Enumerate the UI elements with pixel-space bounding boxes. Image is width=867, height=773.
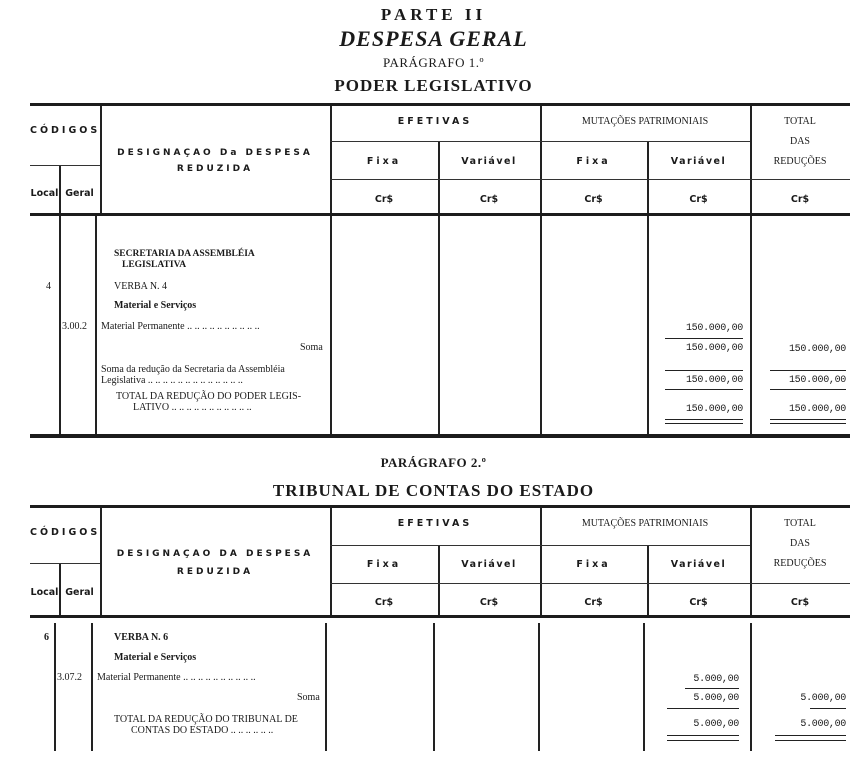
category-label: Material e Serviços [114, 652, 196, 663]
part-heading: PARTE II [0, 5, 867, 25]
category-label: Material e Serviços [114, 300, 196, 311]
soma-total-value: 150.000,00 [750, 344, 846, 355]
org-title-line1: SECRETARIA DA ASSEMBLÉIA [114, 249, 255, 259]
header-total-line3: REDUÇÕES [750, 156, 850, 167]
header-currency: Cr$ [438, 194, 540, 205]
total-label-line1: TOTAL DA REDUÇÃO DO TRIBUNAL DE [114, 714, 298, 725]
header-currency: Cr$ [330, 194, 438, 205]
total-mut-variavel-value: 150.000,00 [647, 404, 743, 415]
header-mutacoes-fixa: Fixa [540, 559, 647, 570]
table-tribunal-de-contas: CÓDIGOS Local Geral DESIGNAÇAO DA DESPES… [30, 505, 850, 755]
header-currency: Cr$ [750, 194, 850, 205]
header-efetivas-variavel: Variável [438, 156, 540, 167]
header-designacao-line2: REDUZIDA [100, 164, 330, 174]
header-currency: Cr$ [540, 597, 647, 608]
header-total-line1: TOTAL [750, 116, 850, 127]
subtotal-mut-variavel-value: 150.000,00 [647, 375, 743, 386]
verba-local-code: 4 [46, 281, 51, 292]
subtotal-total-value: 150.000,00 [750, 375, 846, 386]
header-local: Local [30, 188, 59, 199]
soma-label: Soma [300, 342, 323, 353]
header-local: Local [30, 587, 59, 598]
header-designacao-line1: DESIGNAÇAO DA DESPESA [100, 549, 330, 559]
header-geral: Geral [59, 587, 100, 598]
total-mut-variavel-value: 5.000,00 [643, 719, 739, 730]
table-poder-legislativo: CÓDIGOS Local Geral DESIGNAÇAO Da DESPES… [30, 103, 850, 439]
header-currency: Cr$ [647, 597, 750, 608]
header-mutacoes-variavel: Variável [647, 156, 750, 167]
header-efetivas-fixa: Fixa [330, 156, 438, 167]
soma-total-value: 5.000,00 [750, 693, 846, 704]
verba-local-code: 6 [44, 632, 49, 643]
item-mut-variavel-value: 150.000,00 [647, 323, 743, 334]
soma-mut-variavel-value: 5.000,00 [643, 693, 739, 704]
header-currency: Cr$ [647, 194, 750, 205]
verba-label: VERBA N. 6 [114, 632, 168, 643]
header-designacao-line1: DESIGNAÇAO Da DESPESA [100, 148, 330, 158]
header-codigos: CÓDIGOS [30, 527, 100, 538]
header-total-line2: DAS [750, 136, 850, 147]
soma-mut-variavel-value: 150.000,00 [647, 343, 743, 354]
total-label-line2: CONTAS DO ESTADO .. .. .. .. .. .. [131, 725, 273, 736]
header-efetivas-fixa: Fixa [330, 559, 438, 570]
item-mut-variavel-value: 5.000,00 [643, 674, 739, 685]
total-label-line2: LATIVO .. .. .. .. .. .. .. .. .. .. .. [133, 402, 252, 413]
header-currency: Cr$ [330, 597, 438, 608]
header-mutacoes: MUTAÇÕES PATRIMONIAIS [540, 518, 750, 529]
header-currency: Cr$ [750, 597, 850, 608]
header-total-line2: DAS [750, 538, 850, 549]
header-designacao-line2: REDUZIDA [100, 567, 330, 577]
item-label: Material Permanente .. .. .. .. .. .. ..… [97, 672, 256, 683]
subtotal-label-line2: Legislativa .. .. .. .. .. .. .. .. .. .… [101, 375, 243, 386]
total-total-value: 5.000,00 [750, 719, 846, 730]
section-2-title: TRIBUNAL DE CONTAS DO ESTADO [0, 481, 867, 501]
header-mutacoes-variavel: Variável [647, 559, 750, 570]
header-mutacoes: MUTAÇÕES PATRIMONIAIS [540, 116, 750, 127]
header-currency: Cr$ [438, 597, 540, 608]
header-efetivas: EFETIVAS [330, 518, 540, 529]
subtotal-label-line1: Soma da redução da Secretaria da Assembl… [101, 364, 285, 375]
header-currency: Cr$ [540, 194, 647, 205]
header-geral: Geral [59, 188, 100, 199]
total-label-line1: TOTAL DA REDUÇÃO DO PODER LEGIS- [116, 391, 301, 402]
document-title: DESPESA GERAL [0, 26, 867, 52]
paragraph-1-heading: PARÁGRAFO 1.º [0, 55, 867, 71]
header-efetivas-variavel: Variável [438, 559, 540, 570]
header-efetivas: EFETIVAS [330, 116, 540, 127]
header-total-line1: TOTAL [750, 518, 850, 529]
header-total-line3: REDUÇÕES [750, 558, 850, 569]
document-page: PARTE II DESPESA GERAL PARÁGRAFO 1.º POD… [0, 0, 867, 773]
verba-label: VERBA N. 4 [114, 281, 167, 292]
org-title-line2: LEGISLATIVA [122, 260, 186, 270]
total-total-value: 150.000,00 [750, 404, 846, 415]
paragraph-2-heading: PARÁGRAFO 2.º [0, 455, 867, 471]
item-geral-code: 3.00.2 [62, 321, 87, 332]
soma-label: Soma [297, 692, 320, 703]
section-1-title: PODER LEGISLATIVO [0, 76, 867, 96]
header-mutacoes-fixa: Fixa [540, 156, 647, 167]
item-label: Material Permanente .. .. .. .. .. .. ..… [101, 321, 260, 332]
item-geral-code: 3.07.2 [57, 672, 82, 683]
header-codigos: CÓDIGOS [30, 125, 100, 136]
